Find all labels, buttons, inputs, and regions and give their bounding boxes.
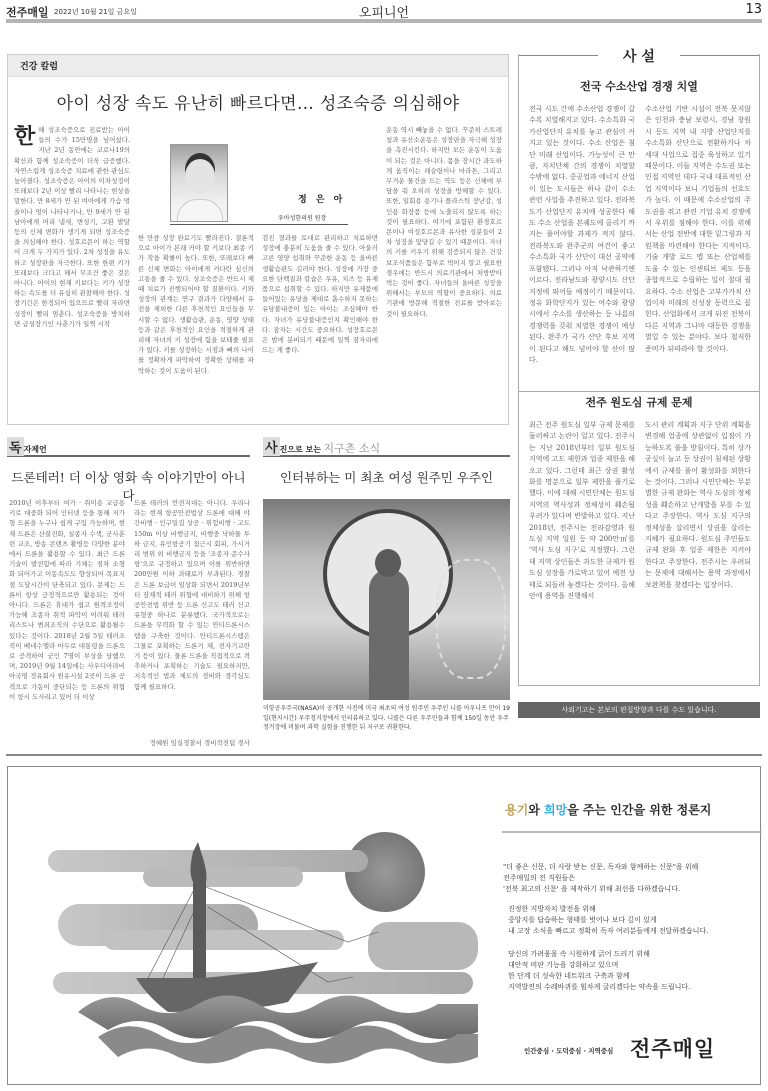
- header-cap: 사: [263, 437, 280, 456]
- reader-byline: 정혜원 임실경찰서 경비작전팀 경사: [134, 738, 250, 748]
- pledge-paragraph-1: "더 좋은 신문, 더 사랑 받는 신문, 독자와 함께하는 신문"을 위해 전…: [503, 862, 698, 895]
- pledge-paragraph-3: 당신의 가려움을 속 시원하게 긁어 드리기 위해 대안적 비판 기능을 강화하…: [508, 949, 690, 993]
- author-divider: [170, 224, 348, 225]
- astronaut-photo: [263, 499, 510, 700]
- editorial-col-2: 수소산업 기반 시설이 전북 못지않은 인천과 충남 보령시, 경남 창원시 등…: [645, 104, 751, 384]
- disclaimer-notice: 사외기고는 본보의 편집방향과 다를 수도 있습니다.: [518, 702, 760, 718]
- article-col-1: 한 해 성조숙증으로 진료받는 아이들의 수가 15만명을 넘어섰다. 지난 2…: [14, 125, 130, 420]
- author-role: 우아성한의원 원장: [278, 213, 326, 222]
- editorial-col-2: 도시 관리 계획과 지구 단위 계획을 변경해 업종에 상관없이 입점이 가능하…: [645, 420, 751, 678]
- reader-col-2: 드론 테러의 안전지대는 아니다. 우리나라는 현재 항공안전법상 드론에 대해…: [134, 498, 250, 736]
- drop-cap: 한: [14, 125, 35, 147]
- newspaper-ad: 용기와 희망을 주는 인간을 위한 정론지 "더 좋은 신문, 더 사랑 받는 …: [7, 766, 761, 1085]
- column-tag: 건강 칼럼: [8, 55, 508, 77]
- editorial-col-1: 최근 전주 원도심 일부 규제 문제를 둘러싸고 논란이 일고 있다. 전주시는…: [529, 420, 635, 678]
- ad-tagline: 인간중심 · 도덕중심 · 지역중심: [524, 1046, 613, 1055]
- reader-col-1: 2010년 이후부터 여가 · 취미용 교급용 키로 대중화 되어 인터넷 등을…: [9, 498, 125, 748]
- section-divider: [6, 754, 762, 756]
- page-number: 13: [745, 2, 762, 17]
- photo-caption: 미항공우주국(NASA)이 공개한 사진에 미국 최초의 여성 원주민 우주인 …: [263, 704, 510, 733]
- editorial-title: 전국 수소산업 경쟁 치열: [519, 78, 759, 94]
- article-title: 아이 성장 속도 유난히 빠르다면… 성조숙증 의심해야: [8, 89, 508, 114]
- article-col-4: 운동 역시 빼놓을 수 없다. 꾸준히 스트레칭과 유산소운동은 성장판을 자극…: [386, 125, 502, 420]
- page-header: 전주매일 2022년 10월 21일 금요일 오피니언 13: [6, 2, 762, 20]
- reader-column-header: 독자제언: [7, 437, 250, 457]
- editorial-1: 전국 수소산업 경쟁 치열 전국 시도 간에 수소산업 경쟁이 갈수록 치열해지…: [518, 54, 760, 392]
- ad-slogan: 용기와 희망을 주는 인간을 위한 정론지: [505, 801, 711, 818]
- article-col-3: 검진 결과를 토대로 관리하고 치료하면 성장에 충분히 도움을 줄 수 있다.…: [262, 233, 378, 420]
- photo-news-header: 사진으로 보는 지구촌 소식: [263, 437, 510, 457]
- editorial-col-1: 전국 시도 간에 수소산업 경쟁이 갈수록 치열해지고 있다. 수소특화 국가산…: [529, 104, 635, 384]
- header-cap: 독: [7, 437, 24, 456]
- header-rule: [6, 19, 762, 23]
- editorial-title: 전주 원도심 규제 문제: [519, 394, 759, 410]
- author-photo: [170, 144, 228, 222]
- newspaper-logo: 전주매일: [630, 1033, 715, 1063]
- author-name: 정 은 아: [298, 192, 345, 205]
- editorial-2: 전주 원도심 규제 문제 최근 전주 원도심 일부 규제 문제를 둘러싸고 논란…: [518, 392, 760, 686]
- photo-news-title: 인터뷰하는 미 최초 여성 원주민 우주인: [263, 468, 510, 486]
- health-column: 건강 칼럼 아이 성장 속도 유난히 빠르다면… 성조숙증 의심해야 한 해 성…: [7, 54, 509, 425]
- pledge-paragraph-2: 진정한 지방자치 발전을 위해 중앙지를 답습하는 형태를 벗어나 보다 깊이 …: [508, 904, 708, 937]
- ship-illustration-icon: [8, 772, 478, 1072]
- article-col-2: 한 만큼 성장 완료기도 빨라진다. 결론적으로 아이가 본래 커야 할 키보다…: [138, 233, 254, 420]
- slogan-rule: [502, 831, 762, 833]
